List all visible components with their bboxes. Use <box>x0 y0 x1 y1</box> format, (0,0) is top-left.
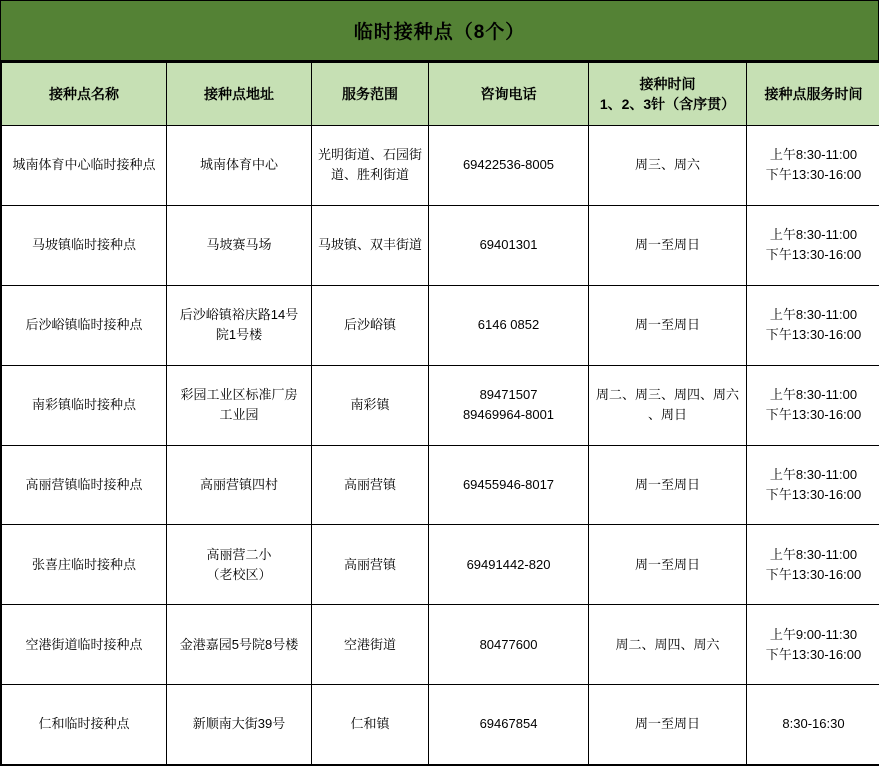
site-name-cell: 高丽营镇临时接种点 <box>2 445 167 525</box>
service-scope-cell: 高丽营镇 <box>312 445 429 525</box>
site-address-cell: 马坡赛马场 <box>167 205 312 285</box>
phone-cell: 89471507 89469964-8001 <box>429 365 589 445</box>
schedule-cell: 周二、周四、周六 <box>589 605 747 685</box>
vaccination-sites-sheet: 临时接种点（8个） 接种点名称 接种点地址 服务范围 咨询电话 接种时间 1、2… <box>0 0 879 766</box>
table-row: 高丽营镇临时接种点 高丽营镇四村 高丽营镇 69455946-8017 周一至周… <box>2 445 879 525</box>
table-row: 后沙峪镇临时接种点 后沙峪镇裕庆路14号 院1号楼 后沙峪镇 6146 0852… <box>2 285 879 365</box>
service-hours-cell: 上午8:30-11:00 下午13:30-16:00 <box>747 365 879 445</box>
service-hours-cell: 上午8:30-11:00 下午13:30-16:00 <box>747 445 879 525</box>
service-hours-cell: 上午8:30-11:00 下午13:30-16:00 <box>747 126 879 206</box>
service-scope-cell: 南彩镇 <box>312 365 429 445</box>
site-address-cell: 后沙峪镇裕庆路14号 院1号楼 <box>167 285 312 365</box>
schedule-cell: 周一至周日 <box>589 445 747 525</box>
service-scope-cell: 空港街道 <box>312 605 429 685</box>
page-title: 临时接种点（8个） <box>354 17 526 44</box>
service-scope-cell: 高丽营镇 <box>312 525 429 605</box>
schedule-cell: 周一至周日 <box>589 285 747 365</box>
phone-cell: 69491442-820 <box>429 525 589 605</box>
site-name-cell: 马坡镇临时接种点 <box>2 205 167 285</box>
site-address-cell: 高丽营二小 （老校区） <box>167 525 312 605</box>
phone-cell: 69467854 <box>429 685 589 765</box>
site-name-cell: 张喜庄临时接种点 <box>2 525 167 605</box>
service-hours-cell: 上午8:30-11:00 下午13:30-16:00 <box>747 205 879 285</box>
header-service-hours: 接种点服务时间 <box>747 63 879 126</box>
service-scope-cell: 仁和镇 <box>312 685 429 765</box>
phone-cell: 69455946-8017 <box>429 445 589 525</box>
site-address-cell: 高丽营镇四村 <box>167 445 312 525</box>
table-title-bar: 临时接种点（8个） <box>1 1 878 62</box>
table-row: 南彩镇临时接种点 彩园工业区标准厂房 工业园 南彩镇 89471507 8946… <box>2 365 879 445</box>
table-row: 张喜庄临时接种点 高丽营二小 （老校区） 高丽营镇 69491442-820 周… <box>2 525 879 605</box>
service-scope-cell: 光明街道、石园街 道、胜利街道 <box>312 126 429 206</box>
table-row: 马坡镇临时接种点 马坡赛马场 马坡镇、双丰街道 69401301 周一至周日 上… <box>2 205 879 285</box>
table-row: 空港街道临时接种点 金港嘉园5号院8号楼 空港街道 80477600 周二、周四… <box>2 605 879 685</box>
header-phone: 咨询电话 <box>429 63 589 126</box>
site-name-cell: 城南体育中心临时接种点 <box>2 126 167 206</box>
phone-cell: 69422536-8005 <box>429 126 589 206</box>
vaccination-sites-table: 接种点名称 接种点地址 服务范围 咨询电话 接种时间 1、2、3针（含序贯） 接… <box>1 62 879 765</box>
header-row: 接种点名称 接种点地址 服务范围 咨询电话 接种时间 1、2、3针（含序贯） 接… <box>2 63 879 126</box>
schedule-cell: 周一至周日 <box>589 685 747 765</box>
schedule-cell: 周二、周三、周四、周六 、周日 <box>589 365 747 445</box>
site-address-cell: 城南体育中心 <box>167 126 312 206</box>
schedule-cell: 周一至周日 <box>589 205 747 285</box>
header-service-scope: 服务范围 <box>312 63 429 126</box>
site-address-cell: 金港嘉园5号院8号楼 <box>167 605 312 685</box>
table-row: 仁和临时接种点 新顺南大街39号 仁和镇 69467854 周一至周日 8:30… <box>2 685 879 765</box>
site-name-cell: 仁和临时接种点 <box>2 685 167 765</box>
site-name-cell: 南彩镇临时接种点 <box>2 365 167 445</box>
site-name-cell: 后沙峪镇临时接种点 <box>2 285 167 365</box>
service-hours-cell: 上午8:30-11:00 下午13:30-16:00 <box>747 525 879 605</box>
site-name-cell: 空港街道临时接种点 <box>2 605 167 685</box>
service-hours-cell: 8:30-16:30 <box>747 685 879 765</box>
header-site-name: 接种点名称 <box>2 63 167 126</box>
phone-cell: 69401301 <box>429 205 589 285</box>
service-hours-cell: 上午9:00-11:30 下午13:30-16:00 <box>747 605 879 685</box>
phone-cell: 6146 0852 <box>429 285 589 365</box>
service-scope-cell: 后沙峪镇 <box>312 285 429 365</box>
header-site-address: 接种点地址 <box>167 63 312 126</box>
phone-cell: 80477600 <box>429 605 589 685</box>
site-address-cell: 彩园工业区标准厂房 工业园 <box>167 365 312 445</box>
service-scope-cell: 马坡镇、双丰街道 <box>312 205 429 285</box>
header-schedule: 接种时间 1、2、3针（含序贯） <box>589 63 747 126</box>
schedule-cell: 周一至周日 <box>589 525 747 605</box>
schedule-cell: 周三、周六 <box>589 126 747 206</box>
table-row: 城南体育中心临时接种点 城南体育中心 光明街道、石园街 道、胜利街道 69422… <box>2 126 879 206</box>
service-hours-cell: 上午8:30-11:00 下午13:30-16:00 <box>747 285 879 365</box>
site-address-cell: 新顺南大街39号 <box>167 685 312 765</box>
